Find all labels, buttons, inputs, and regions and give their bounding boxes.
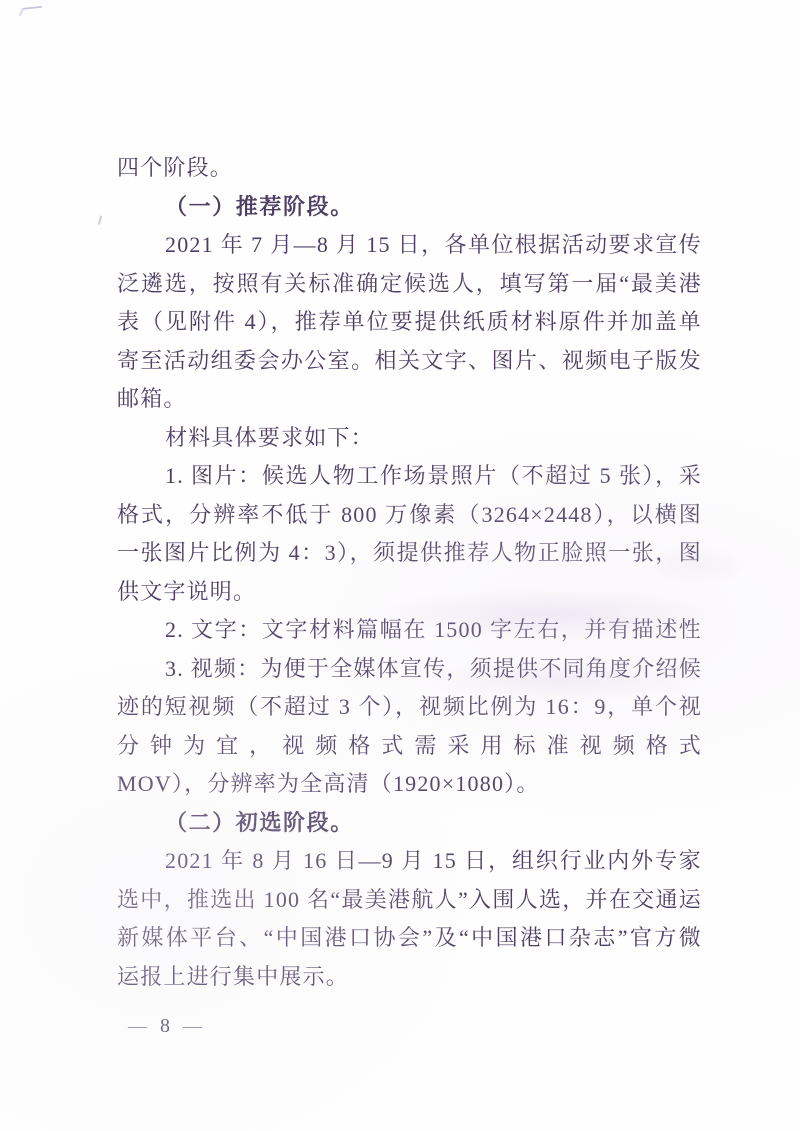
- text-line: 3. 视频：为便于全媒体宣传，须提供不同角度介绍候选人物事: [117, 650, 702, 689]
- text-line: 运报上进行集中展示。: [117, 958, 702, 997]
- text-line: 一张图片比例为 4：3），须提供推荐人物正脸照一张，图片均需提: [117, 534, 702, 573]
- scan-tick-artifact: [98, 216, 105, 226]
- pen-mark-artifact: [18, 6, 43, 17]
- document-body: 四个阶段。 （一）推荐阶段。 2021 年 7 月—8 月 15 日，各单位根据…: [117, 149, 702, 996]
- page-number-dash-left: —: [128, 1016, 147, 1038]
- text-line: 迹的短视频（不超过 3 个），视频比例为 16：9，单个视频时长 1～3: [117, 688, 702, 727]
- text-line: 材料具体要求如下：: [117, 419, 702, 458]
- text-line: 表（见附件 4），推荐单位要提供纸质材料原件并加盖单位公章，邮: [117, 303, 702, 342]
- page-number-dash-right: —: [183, 1016, 202, 1038]
- text-line: 2. 文字：文字材料篇幅在 1500 字左右，并有描述性题目。: [117, 611, 702, 650]
- text-line: 新媒体平台、“中国港口协会”及“中国港口杂志”官方微信、中国水: [117, 919, 702, 958]
- text-line: 2021 年 7 月—8 月 15 日，各单位根据活动要求宣传发动，广: [117, 226, 702, 265]
- text-line: 邮箱。: [117, 380, 702, 419]
- text-line: 格式，分辨率不低于 800 万像素（3264×2448），以横图为主（其中: [117, 496, 702, 535]
- section-heading: （二）初选阶段。: [117, 804, 702, 843]
- text-line: 选中，推选出 100 名“最美港航人”入围人选，并在交通运输部政务: [117, 881, 702, 920]
- text-line: 2021 年 8 月 16 日—9 月 15 日，组织行业内外专家从推荐人: [117, 842, 702, 881]
- text-line: 寄至活动组委会办公室。相关文字、图片、视频电子版发送至指定: [117, 342, 702, 381]
- text-line: 1. 图片：候选人物工作场景照片（不超过 5 张），采用 jpg 或 tif: [117, 457, 702, 496]
- text-line: 泛遴选，按照有关标准确定候选人，填写第一届“最美港航人”推荐: [117, 265, 702, 304]
- document-page: 四个阶段。 （一）推荐阶段。 2021 年 7 月—8 月 15 日，各单位根据…: [0, 0, 800, 1131]
- page-number: 8: [160, 1015, 170, 1038]
- text-line: 供文字说明。: [117, 573, 702, 612]
- text-line: 分钟为宜，视频格式需采用标准视频格式（MPEG/AVI/MP4/: [117, 727, 702, 766]
- page-footer: — 8 —: [128, 1015, 202, 1038]
- text-line: 四个阶段。: [117, 149, 702, 188]
- section-heading: （一）推荐阶段。: [117, 188, 702, 227]
- text-line: MOV），分辨率为全高清（1920×1080）。: [117, 765, 702, 804]
